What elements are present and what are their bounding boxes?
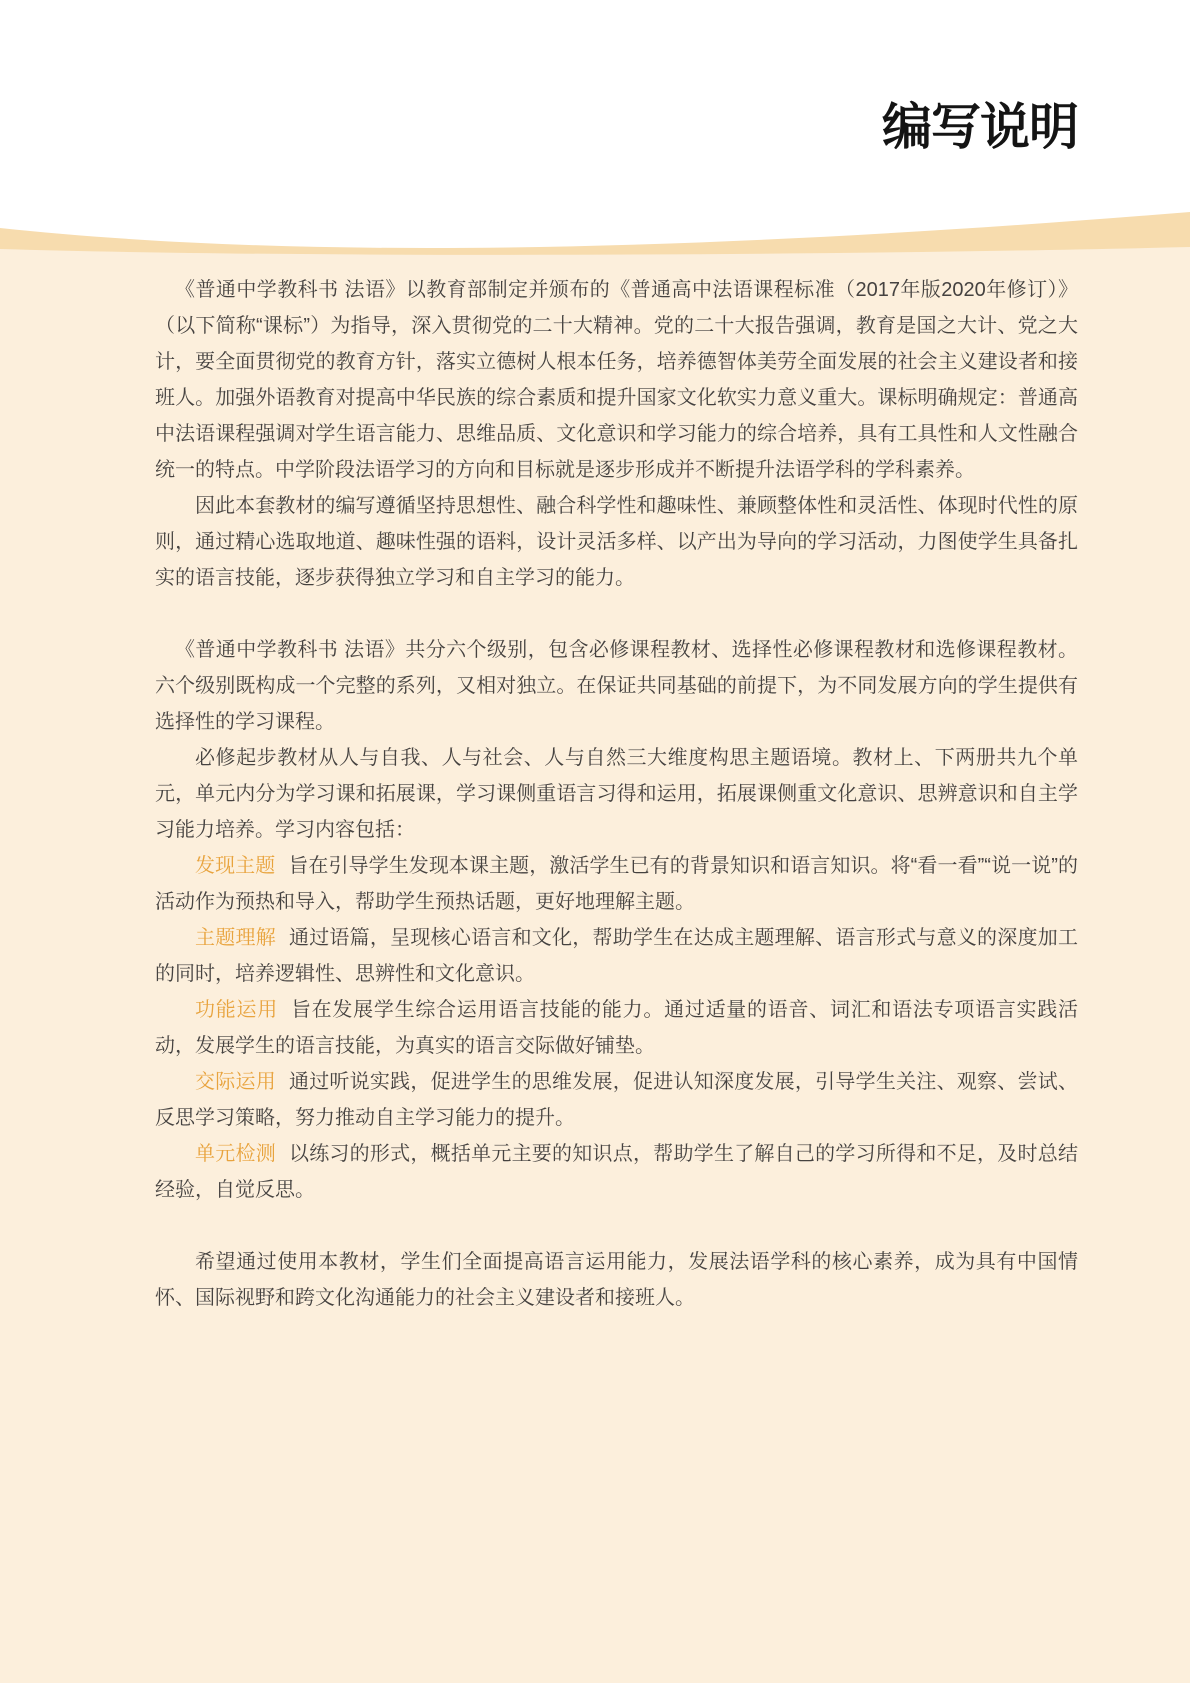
paragraph-labeled: 功能运用旨在发展学生综合运用语言技能的能力。通过适量的语音、词汇和语法专项语言实… xyxy=(155,992,1078,1064)
paragraph-labeled: 单元检测以练习的形式，概括单元主要的知识点，帮助学生了解自己的学习所得和不足，及… xyxy=(155,1136,1078,1208)
paragraph: 必修起步教材从人与自我、人与社会、人与自然三大维度构思主题语境。教材上、下两册共… xyxy=(155,740,1078,848)
paragraph: 因此本套教材的编写遵循坚持思想性、融合科学性和趣味性、兼顾整体性和灵活性、体现时… xyxy=(155,488,1078,596)
paragraph-text: 旨在发展学生综合运用语言技能的能力。通过适量的语音、词汇和语法专项语言实践活动，… xyxy=(155,999,1078,1057)
paragraph-text: 旨在引导学生发现本课主题，激活学生已有的背景知识和语言知识。将“看一看”“说一说… xyxy=(155,855,1078,913)
page-title: 编写说明 xyxy=(882,96,1078,158)
section-label: 单元检测 xyxy=(195,1143,276,1165)
document-body: 《普通中学教科书 法语》以教育部制定并颁布的《普通高中法语课程标准（2017年版… xyxy=(155,272,1078,1316)
paragraph-text: 通过听说实践，促进学生的思维发展，促进认知深度发展，引导学生关注、观察、尝试、反… xyxy=(155,1071,1078,1129)
paragraph-labeled: 发现主题旨在引导学生发现本课主题，激活学生已有的背景知识和语言知识。将“看一看”… xyxy=(155,848,1078,920)
textbook-preface-page: 编写说明 《普通中学教科书 法语》以教育部制定并颁布的《普通高中法语课程标准（2… xyxy=(0,0,1190,1683)
paragraph-labeled: 交际运用通过听说实践，促进学生的思维发展，促进认知深度发展，引导学生关注、观察、… xyxy=(155,1064,1078,1136)
paragraph: 希望通过使用本教材，学生们全面提高语言运用能力，发展法语学科的核心素养，成为具有… xyxy=(155,1244,1078,1316)
paragraph-text: 通过语篇，呈现核心语言和文化，帮助学生在达成主题理解、语言形式与意义的深度加工的… xyxy=(155,927,1078,985)
paragraph: 《普通中学教科书 法语》以教育部制定并颁布的《普通高中法语课程标准（2017年版… xyxy=(155,272,1078,488)
section-label: 交际运用 xyxy=(195,1071,276,1093)
section-label: 功能运用 xyxy=(195,999,278,1021)
paragraph: 《普通中学教科书 法语》共分六个级别，包含必修课程教材、选择性必修课程教材和选修… xyxy=(155,632,1078,740)
paragraph-labeled: 主题理解通过语篇，呈现核心语言和文化，帮助学生在达成主题理解、语言形式与意义的深… xyxy=(155,920,1078,992)
section-label: 发现主题 xyxy=(195,855,275,877)
paragraph-text: 以练习的形式，概括单元主要的知识点，帮助学生了解自己的学习所得和不足，及时总结经… xyxy=(155,1143,1078,1201)
section-label: 主题理解 xyxy=(195,927,276,949)
